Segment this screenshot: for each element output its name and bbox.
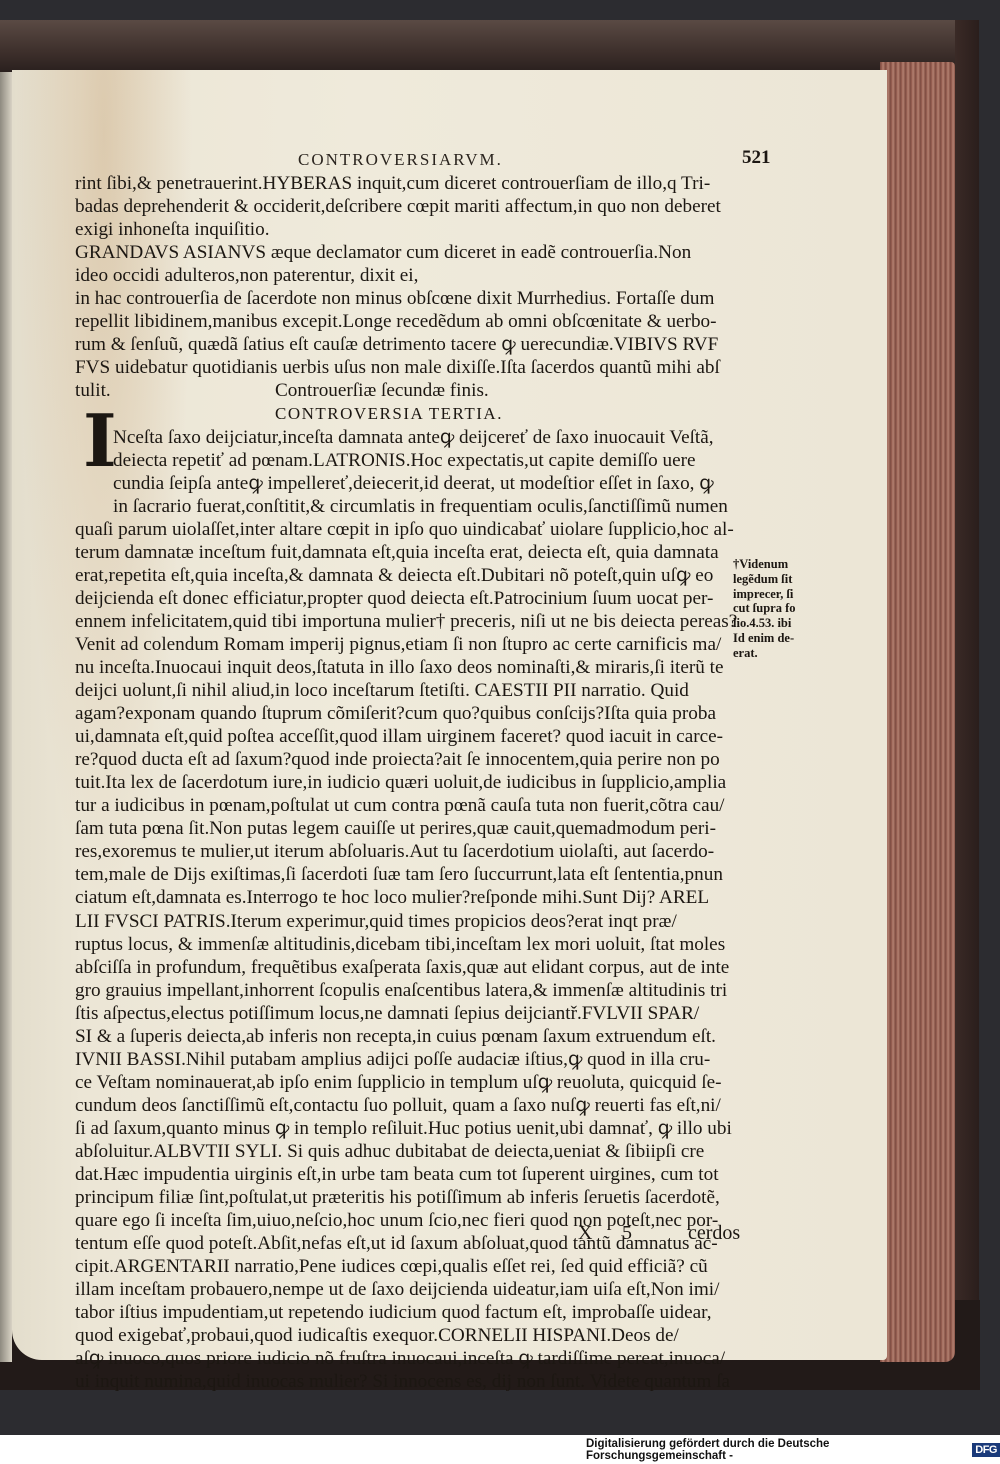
section-heading: CONTROVERSIA TERTIA. <box>75 402 735 425</box>
marginal-line: erat. <box>733 646 823 661</box>
text-line: aſꝙ inuoco,quos priore iudicio nõ fruſtr… <box>75 1347 735 1370</box>
book-cover-top <box>0 20 960 74</box>
book-cover-right <box>955 20 979 1310</box>
text-line-with-explicit: tulit. Controuerſiæ ſecundæ finis. <box>75 379 735 402</box>
text-line: cundum deos ſanctiſſimũ eſt,contactu ſuo… <box>75 1094 735 1117</box>
text-line: tuit.Ita lex de ſacerdotum iure,in iudic… <box>75 771 735 794</box>
marginal-line: Id enim de- <box>733 631 823 646</box>
marginal-line: legẽdum ſit <box>733 572 823 587</box>
book-scan: CONTROVERSIARVM. 521 rint ſibi,& penetra… <box>0 0 1000 1435</box>
marginal-line: imprecer, ſi <box>733 587 823 602</box>
marginal-line: lio.4.53. ibi <box>733 616 823 631</box>
signature-mark: X <box>578 1222 592 1245</box>
catchword: cerdos <box>688 1222 740 1245</box>
text-line: dat.Hæc impudentia uirginis eſt,in urbe … <box>75 1163 735 1186</box>
text-line: in hac controuerſia de ſacerdote non min… <box>75 287 735 310</box>
signature-number: 5 <box>622 1222 632 1245</box>
drop-cap-initial: I <box>83 405 117 477</box>
text-line: Venit ad colendum Romam imperij pignus,e… <box>75 633 735 656</box>
main-text-block: rint ſibi,& penetrauerint.HYBERAS inquit… <box>75 172 735 1393</box>
text-line: tem,male de Dijs exiſtimas,ſi ſacerdoti … <box>75 863 735 886</box>
marginal-note: †Videnum legẽdum ſit imprecer, ſi cut ſu… <box>733 557 823 661</box>
text-line: terum damnatæ inceſtum fuit,damnata eſt,… <box>75 541 735 564</box>
text-line: ideo occidi adulteros,non paterentur, di… <box>75 264 735 287</box>
text-line: ruptus locus, & immenſæ altitudinis,dice… <box>75 933 735 956</box>
text-line: rum & ſenſuũ, quædã ſatius eſt cauſæ det… <box>75 333 735 356</box>
text-line: ui inquit numina,quid inuocas mulier? Si… <box>75 1370 735 1393</box>
text-line: SI & a ſuperis deiecta,ab inferis non re… <box>75 1025 735 1048</box>
text-line: nu inceſta.Inuocaui inquit deos,ſtatuta … <box>75 656 735 679</box>
digitization-credit: Digitalisierung gefördert durch die Deut… <box>586 1441 1000 1459</box>
text-line: re?quod ducta eſt ad ſaxum?quod inde pro… <box>75 748 735 771</box>
text-line: gro grauius impellant,inhorrent ſcopulis… <box>75 979 735 1002</box>
text-line: quaſi parum uiolaſſet,inter altare cœpit… <box>75 518 735 541</box>
marginal-line: †Videnum <box>733 557 823 572</box>
text-line: ſtis aſpectus,electus potiſſimum locus,n… <box>75 1002 735 1025</box>
marginal-line: cut ſupra fo <box>733 601 823 616</box>
text-line: ce Veſtam nominauerat,ab ipſo enim ſuppl… <box>75 1071 735 1094</box>
text-line: cundia ſeipſa anteꝙ impellereť,deiecerit… <box>75 472 735 495</box>
text-line: repellit libidinem,manibus excepit.Longe… <box>75 310 735 333</box>
text-line: ciatum eſt,damnata es.Interrogo te hoc l… <box>75 886 735 909</box>
text-line: deijcienda eſt donec efficiatur,propter … <box>75 587 735 610</box>
text-line: ennem infelicitatem,quid tibi importuna … <box>75 610 735 633</box>
text-line: principum filiæ ſint,poſtulat,ut præteri… <box>75 1186 735 1209</box>
text-line: deijci uolunt,ſi nihil aliud,in loco inc… <box>75 679 735 702</box>
facing-leaf-edge <box>0 72 12 1362</box>
text-line: abſciſſa in profundum, frequẽtibus exaſp… <box>75 956 735 979</box>
text-line: erat,repetita eſt,quia inceſta,& damnata… <box>75 564 735 587</box>
text-line: tentum eſſe quod poteſt.Abſit,nefas eſt,… <box>75 1232 735 1255</box>
text-line: quare ego ſi inceſta ſim,uiuo,neſcio,hoc… <box>75 1209 735 1232</box>
dfg-logo-icon: DFG <box>972 1443 1000 1457</box>
text-line: agam?exponam quando ſtuprum cõmiſerit?cu… <box>75 702 735 725</box>
text-line: res,exoremus te mulier,ut iterum abſolua… <box>75 840 735 863</box>
text-line: badas deprehenderit & occiderit,deſcribe… <box>75 195 735 218</box>
text-line: ſi ad ſaxum,quanto minus ꝙ in templo reſ… <box>75 1117 735 1140</box>
text-line: cipit.ARGENTARII narratio,Pene iudices c… <box>75 1255 735 1278</box>
text-line: deiecta repetiť ad pœnam.LATRONIS.Hoc ex… <box>75 449 735 472</box>
text-line: tabor iſtius impudentiam,ut repetendo iu… <box>75 1301 735 1324</box>
folio-number: 521 <box>742 147 771 169</box>
text-line: ui,damnata eſt,quid poſtea acceſſit,quod… <box>75 725 735 748</box>
page-edges <box>880 62 955 1362</box>
text-line: ſam tuta pœna ſit.Non putas legem cauiſſ… <box>75 817 735 840</box>
text-line: Nceſta ſaxo deijciatur,inceſta damnata a… <box>75 426 735 449</box>
running-head: CONTROVERSIARVM. <box>298 150 503 170</box>
text-line: tur a iudicibus in pœnam,poſtulat ut cum… <box>75 794 735 817</box>
text-line: abſoluitur.ALBVTII SYLI. Si quis adhuc d… <box>75 1140 735 1163</box>
text-line: IVNII BASSI.Nihil putabam amplius adijci… <box>75 1048 735 1071</box>
credit-text: Digitalisierung gefördert durch die Deut… <box>586 1438 968 1462</box>
text-line: in ſacrario fuerat,conſtitit,& circumlat… <box>75 495 735 518</box>
text-line: exigi inhoneſta inquiſitio. <box>75 218 735 241</box>
text-line: GRANDAVS ASIANVS æque declamator cum dic… <box>75 241 735 264</box>
dropped-initial-lines: Nceſta ſaxo deijciatur,inceſta damnata a… <box>75 426 735 518</box>
text-line: FVS uidebatur quotidianis uerbis uſus no… <box>75 356 735 379</box>
text-line: rint ſibi,& penetrauerint.HYBERAS inquit… <box>75 172 735 195</box>
text-line: illam inceſtam probauero,nempe ut de ſax… <box>75 1278 735 1301</box>
text-line: LII FVSCI PATRIS.Iterum experimur,quid t… <box>75 910 735 933</box>
explicit-second-controversia: Controuerſiæ ſecundæ finis. <box>275 379 489 402</box>
text-line: quod exigebať,probaui,quod iudicaſtis ex… <box>75 1324 735 1347</box>
